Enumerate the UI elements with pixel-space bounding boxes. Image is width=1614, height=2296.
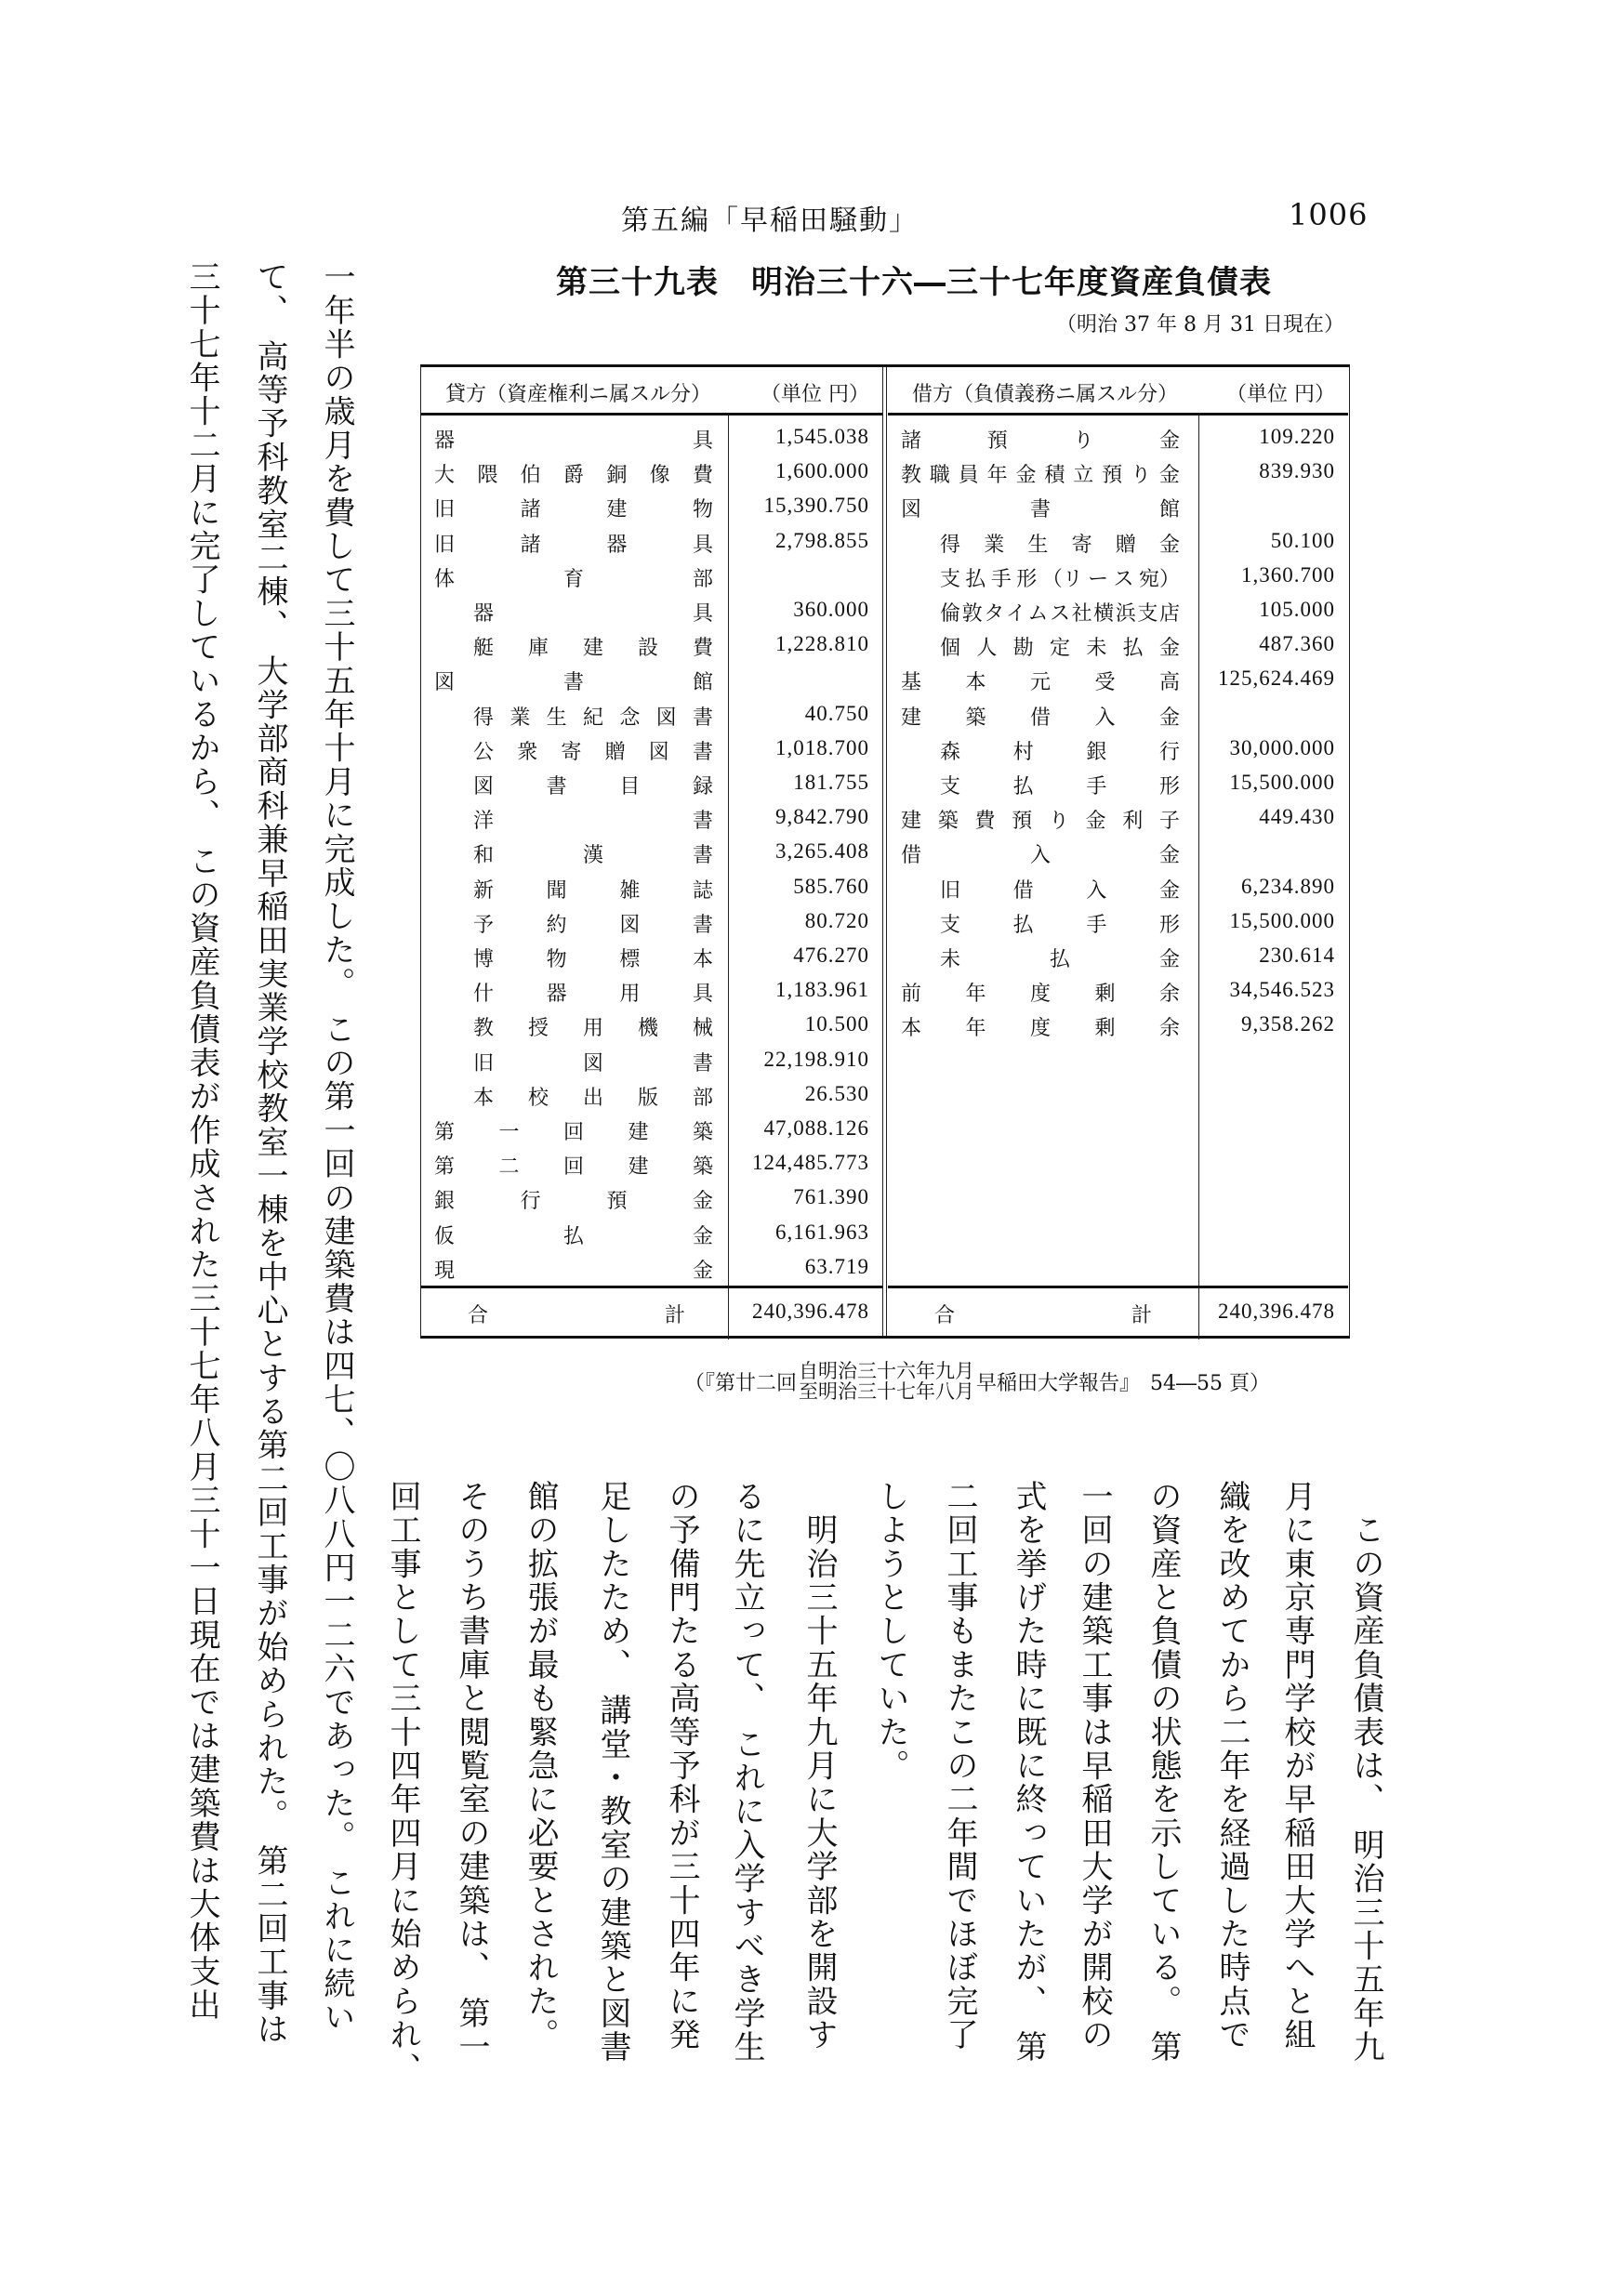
row-label-char: 築	[938, 805, 959, 833]
row-label-char: 金	[693, 1255, 713, 1283]
row-label-char: 建	[628, 1151, 648, 1179]
table-row: 公衆寄贈図書1,018.700	[421, 731, 882, 765]
row-label-char: 払	[965, 563, 986, 591]
table-row: 図書館	[421, 661, 882, 695]
assets-rows: 器具1,545.038大隈伯爵銅像費1,600.000旧諸建物15,390.75…	[421, 416, 882, 1289]
row-amount: 2,798.855	[775, 529, 869, 553]
row-label-char: 未	[1086, 632, 1106, 660]
row-label-char: 生	[1027, 529, 1048, 557]
table-row: 銀行預金761.390	[421, 1180, 882, 1214]
row-label-char: 高	[1159, 666, 1180, 694]
row-label: 支払手形	[940, 909, 1180, 937]
row-label-char: イ	[1006, 598, 1026, 626]
row-label-char: 物	[693, 494, 713, 521]
row-label-char: 教	[901, 459, 921, 487]
row-label-char: 建	[606, 494, 627, 521]
row-label-char: 校	[528, 1082, 549, 1110]
row-label: 本年度剰余	[901, 1012, 1180, 1040]
row-label: 建築借入金	[901, 702, 1180, 730]
row-label-char: 預	[1102, 459, 1122, 487]
table-row: 個人勘定未払金487.360	[888, 627, 1348, 661]
row-label-char: 授	[528, 1012, 549, 1040]
table-row: 未払金230.614	[888, 938, 1348, 972]
row-label-char: 本	[473, 1082, 494, 1110]
balance-sheet-table: 貸方（資産権利ニ属スル分） （単位 円） 器具1,545.038大隈伯爵銅像費1…	[420, 364, 1350, 1339]
row-label-char: 図	[583, 1048, 603, 1075]
table-row: 旧図書22,198.910	[421, 1042, 882, 1076]
row-label-char: 具	[693, 978, 713, 1006]
row-label-char: 行	[1159, 736, 1180, 764]
text-column: て、 高等予科教室二棟、 大学部商科兼早稲田実業学校教室一棟を中心とする第二回工…	[251, 260, 288, 2046]
row-label-char: 払	[1013, 909, 1034, 937]
row-label-char: 払	[563, 1221, 584, 1248]
row-label-char: 預	[987, 425, 1008, 453]
row-label-char: 銀	[1086, 736, 1106, 764]
row-label-char: 書	[693, 909, 713, 937]
row-label-char: 金	[693, 1221, 713, 1248]
row-label: 什器用具	[473, 978, 713, 1006]
row-amount: 63.719	[805, 1255, 869, 1279]
table-row: 現金63.719	[421, 1249, 882, 1284]
row-label-char: 誌	[693, 875, 713, 903]
row-label-char: 金	[1159, 702, 1180, 730]
row-label-char: 社	[1072, 598, 1092, 626]
row-label-char: 図	[473, 771, 494, 798]
row-label-char: 前	[901, 978, 921, 1006]
row-amount: 125,624.469	[1218, 666, 1335, 691]
row-label-char: 預	[1012, 805, 1032, 833]
row-label-char: 出	[583, 1082, 603, 1110]
row-label: 前年度剰余	[901, 978, 1180, 1006]
table-row: 得業生紀念図書40.750	[421, 696, 882, 731]
row-label: 体育部	[434, 563, 713, 591]
row-label-char: 支	[1137, 598, 1158, 626]
row-amount: 1,600.000	[775, 459, 869, 483]
row-label-char: 建	[901, 702, 921, 730]
row-label-char: 費	[974, 805, 995, 833]
row-amount: 6,234.890	[1241, 875, 1335, 899]
row-label-char: 教	[473, 1012, 494, 1040]
row-label-char: 器	[473, 598, 494, 626]
row-label-char: 図	[656, 702, 677, 730]
row-label-char: 払	[1013, 771, 1034, 798]
source-note: （『第廿二回 自明治三十六年九月 至明治三十七年八月 早稲田大学報告』 54―5…	[684, 1359, 1270, 1404]
row-label-char: 度	[1030, 1012, 1051, 1040]
row-label-char: 庫	[528, 632, 549, 660]
row-label-char: 和	[473, 839, 494, 867]
row-amount: 15,500.000	[1230, 771, 1336, 795]
table-row: 艇庫建設費1,228.810	[421, 627, 882, 661]
row-label-char: 版	[638, 1082, 658, 1110]
row-label-char: 人	[976, 632, 997, 660]
row-amount: 487.360	[1259, 632, 1335, 656]
table-row: 支払手形（リース宛）1,360.700	[888, 558, 1348, 592]
row-amount: 230.614	[1259, 943, 1335, 968]
row-label: 旧諸建物	[434, 494, 713, 521]
row-label-char: 録	[693, 771, 713, 798]
table-row: 教授用機械10.500	[421, 1007, 882, 1041]
row-label: 仮払金	[434, 1221, 713, 1248]
table-row: 教職員年金積立預り金839.930	[888, 454, 1348, 488]
row-label-char: 築	[693, 1151, 713, 1179]
row-label-char: 械	[693, 1012, 713, 1040]
table-row: 前年度剰余34,546.523	[888, 972, 1348, 1007]
row-label-char: 行	[521, 1185, 541, 1213]
row-label: 博物標本	[473, 943, 713, 971]
row-label-char: 館	[693, 666, 713, 694]
source-prefix: （『第廿二回	[684, 1367, 797, 1396]
row-label: 器具	[473, 598, 713, 626]
row-label-char: 書	[693, 805, 713, 833]
source-period-from: 自明治三十六年九月	[799, 1361, 974, 1381]
row-label: 第二回建築	[434, 1151, 713, 1179]
running-head: 第五編「早稲田騒動」	[621, 197, 919, 238]
row-label-char: 業	[984, 529, 1004, 557]
row-label-char: 銅	[606, 459, 627, 487]
row-label-char: 二	[498, 1151, 519, 1179]
liabilities-header-label: 借方（負債義務ニ属スル分）	[912, 378, 1178, 407]
row-label-char: 贈	[1116, 529, 1136, 557]
row-label-char: 築	[693, 1116, 713, 1144]
table-row: 旧諸器具2,798.855	[421, 523, 882, 558]
row-label-char: 得	[473, 702, 494, 730]
row-label-char: 図	[901, 494, 921, 521]
table-row: 建築借入金	[888, 696, 1348, 731]
assets-header-unit: （単位 円）	[761, 378, 869, 407]
row-label-char: 予	[473, 909, 494, 937]
row-label-char: 部	[693, 563, 713, 591]
row-label-char: 金	[1086, 805, 1106, 833]
row-label: 諸預り金	[901, 425, 1180, 453]
liabilities-total-row: 合 計 240,396.478	[888, 1286, 1348, 1336]
row-label-char: 書	[693, 702, 713, 730]
row-label-char: 現	[434, 1255, 455, 1283]
row-label-char: 金	[1159, 632, 1180, 660]
table-row: 本年度剰余9,358.262	[888, 1007, 1348, 1041]
row-label-char: 費	[693, 459, 713, 487]
row-amount: 10.500	[805, 1012, 869, 1036]
row-label-char: り	[1073, 425, 1093, 453]
row-label-char: 業	[509, 702, 530, 730]
row-label: 艇庫建設費	[473, 632, 713, 660]
row-label-char: 元	[1030, 666, 1051, 694]
row-label-char: 寄	[1072, 529, 1092, 557]
row-label-char: 金	[1159, 425, 1180, 453]
table-row: 和漢書3,265.408	[421, 834, 882, 868]
table-row: 基本元受高125,624.469	[888, 661, 1348, 695]
row-amount: 1,228.810	[775, 632, 869, 656]
row-label-char: 剰	[1094, 1012, 1115, 1040]
row-label-char: 定	[1050, 632, 1070, 660]
row-label-char: 体	[434, 563, 455, 591]
row-amount: 3,265.408	[775, 839, 869, 864]
row-amount: 585.760	[793, 875, 869, 899]
text-column: 回工事として三十四年四月に始められ、	[384, 1480, 421, 2086]
table-row: 器具1,545.038	[421, 419, 882, 454]
row-label: 図書館	[901, 494, 1180, 521]
row-label-char: 什	[473, 978, 494, 1006]
text-column: 一回の建築工事は早稲田大学が開校の	[1076, 1480, 1113, 2052]
assets-header-label: 貸方（資産権利ニ属スル分）	[445, 378, 711, 407]
row-label-char: 借	[1013, 875, 1034, 903]
assets-side: 貸方（資産権利ニ属スル分） （単位 円） 器具1,545.038大隈伯爵銅像費1…	[421, 367, 882, 1336]
table-row: 第一回建築47,088.126	[421, 1111, 882, 1145]
row-label-char: 設	[638, 632, 658, 660]
source-period-to: 至明治三十七年八月	[799, 1381, 974, 1402]
row-label-char: 用	[583, 1012, 603, 1040]
row-amount: 34,546.523	[1230, 978, 1336, 1002]
row-label-char: 剰	[1094, 978, 1115, 1006]
row-amount: 1,545.038	[775, 425, 869, 449]
row-label-char: 伯	[521, 459, 541, 487]
row-amount: 449.430	[1259, 805, 1335, 829]
text-column: しようとしていた。	[872, 1480, 909, 1783]
row-label: 借入金	[901, 839, 1180, 867]
table-row: 図書目録181.755	[421, 765, 882, 799]
row-label-char: 個	[940, 632, 960, 660]
row-label-char: 図	[649, 736, 669, 764]
row-label-char: 紀	[583, 702, 603, 730]
row-label-char: 入	[1086, 875, 1106, 903]
assets-header: 貸方（資産権利ニ属スル分） （単位 円）	[421, 367, 882, 416]
row-label-char: 預	[606, 1185, 627, 1213]
row-amount: 9,842.790	[775, 805, 869, 829]
row-label-char: 基	[901, 666, 921, 694]
row-label-char: 支	[940, 563, 960, 591]
row-label-char: 本	[965, 666, 986, 694]
row-label-char: り	[1131, 459, 1151, 487]
row-label-char: 度	[1030, 978, 1051, 1006]
text-column: の資産と負債の状態を示している。 第	[1144, 1480, 1182, 2064]
row-amount: 761.390	[793, 1185, 869, 1209]
row-label-char: 子	[1159, 805, 1180, 833]
row-label-char: 建	[901, 805, 921, 833]
row-label-char: 金	[1159, 459, 1180, 487]
row-amount: 1,018.700	[775, 736, 869, 760]
row-label-char: 第	[434, 1151, 455, 1179]
row-label-char: 機	[638, 1012, 658, 1040]
row-label-char: 払	[1050, 943, 1070, 971]
row-label-char: 員	[959, 459, 979, 487]
source-period: 自明治三十六年九月 至明治三十七年八月	[799, 1361, 974, 1402]
table-date-note: （明治 37 年 8 月 31 日現在）	[1056, 309, 1344, 337]
total-label-1: 合	[934, 1300, 955, 1328]
row-label-char: ス	[1114, 563, 1134, 591]
row-label-char: 年	[965, 978, 986, 1006]
row-label-char: 森	[940, 736, 960, 764]
row-label-char: 新	[473, 875, 494, 903]
row-label-char: 金	[1016, 459, 1037, 487]
row-label-char: 敦	[962, 598, 983, 626]
row-amount: 360.000	[793, 598, 869, 622]
table-row: 体育部	[421, 558, 882, 592]
row-amount: 80.720	[805, 909, 869, 933]
row-label-char: 金	[1159, 529, 1180, 557]
row-amount: 40.750	[805, 702, 869, 726]
row-label: 支払手形	[940, 771, 1180, 798]
table-row: 図書館	[888, 488, 1348, 522]
row-label-char: 借	[1030, 702, 1051, 730]
source-suffix: 早稲田大学報告』 54―55 頁）	[976, 1367, 1270, 1396]
row-amount: 50.100	[1271, 529, 1335, 553]
text-column: 足したため、 講堂・教室の建築と図書	[594, 1480, 631, 2064]
row-label-char: 爵	[563, 459, 584, 487]
table-row: 第二回建築124,485.773	[421, 1145, 882, 1180]
double-rule-divider	[882, 367, 887, 1336]
row-label-char: （リ	[1042, 563, 1083, 591]
row-label-char: 建	[628, 1116, 648, 1144]
text-column: 二回工事もまたこの二年間でほぼ完了	[941, 1480, 978, 2052]
row-label-char: ム	[1027, 598, 1048, 626]
row-amount: 30,000.000	[1230, 736, 1336, 760]
liabilities-header: 借方（負債義務ニ属スル分） （単位 円）	[888, 367, 1348, 416]
row-label-char: 聞	[547, 875, 567, 903]
row-label-char: 余	[1159, 978, 1180, 1006]
row-label: 本校出版部	[473, 1082, 713, 1110]
row-label-char: 隈	[477, 459, 497, 487]
row-label: 旧借入金	[940, 875, 1180, 903]
row-label: 個人勘定未払金	[940, 632, 1180, 660]
row-label-char: 旧	[434, 529, 455, 557]
row-label-char: 店	[1159, 598, 1180, 626]
row-label-char: 利	[1122, 805, 1143, 833]
row-label-char: 公	[473, 736, 494, 764]
row-label-char: 諸	[521, 494, 541, 521]
row-label-char: 払	[1123, 632, 1144, 660]
row-label-char: 本	[693, 943, 713, 971]
table-row: 建築費預り金利子449.430	[888, 799, 1348, 834]
row-label: 未払金	[940, 943, 1180, 971]
total-label-1: 合	[468, 1300, 488, 1328]
row-amount: 22,198.910	[764, 1048, 870, 1072]
row-label-char: 金	[1159, 875, 1180, 903]
text-column: 月に東京専門学校が早稲田大学へと組	[1278, 1480, 1316, 2052]
row-label-char: り	[1049, 805, 1069, 833]
row-label-char: 漢	[583, 839, 603, 867]
text-column: 館の拡張が最も緊急に必要とされた。	[522, 1480, 559, 2052]
row-label-char: 倫	[940, 598, 960, 626]
row-label: 基本元受高	[901, 666, 1180, 694]
row-label-char: 浜	[1116, 598, 1136, 626]
row-label: 大隈伯爵銅像費	[434, 459, 713, 487]
row-label-char: 年	[965, 1012, 986, 1040]
row-label-char: 書	[547, 771, 567, 798]
text-column: 式を挙げた時に既に終っていたが、 第	[1010, 1480, 1047, 2064]
row-amount: 1,360.700	[1241, 563, 1335, 587]
row-label: 倫敦タイムス社横浜支店	[940, 598, 1180, 626]
row-amount: 839.930	[1259, 459, 1335, 483]
table-row: 器具360.000	[421, 592, 882, 627]
row-label: 銀行預金	[434, 1185, 713, 1213]
row-label-char: 器	[547, 978, 567, 1006]
row-label: 図書館	[434, 666, 713, 694]
row-label-char: 像	[650, 459, 670, 487]
table-row: 借入金	[888, 834, 1348, 868]
row-amount: 6,161.963	[775, 1221, 869, 1245]
row-label-char: 念	[619, 702, 640, 730]
table-row: 倫敦タイムス社横浜支店105.000	[888, 592, 1348, 627]
table-row: 予約図書80.720	[421, 904, 882, 938]
row-label-char: 支	[940, 909, 960, 937]
row-label-char: 村	[1013, 736, 1034, 764]
total-label-2: 計	[1131, 1300, 1152, 1328]
row-label-char: 金	[693, 1185, 713, 1213]
row-label: 公衆寄贈図書	[473, 736, 713, 764]
row-label-char: 金	[1159, 839, 1180, 867]
row-label-char: 築	[965, 702, 986, 730]
text-column: 一年半の歳月を費して三十五年十月に完成した。 この第一回の建築費は四七、〇八八円…	[318, 260, 355, 2034]
row-label-char: 洋	[473, 805, 494, 833]
row-label-char: 器	[606, 529, 627, 557]
row-label-char: 大	[434, 459, 455, 487]
row-label-char: 勘	[1013, 632, 1034, 660]
row-label-char: 横	[1093, 598, 1114, 626]
table-row: 新聞雑誌585.760	[421, 869, 882, 904]
text-column: 明治三十五年九月に大学部を開設す	[800, 1480, 838, 2052]
row-label-char: 積	[1044, 459, 1065, 487]
row-label-char: 回	[563, 1151, 584, 1179]
row-label-char: 旧	[473, 1048, 494, 1075]
row-label-char: 標	[619, 943, 640, 971]
row-label-char: 書	[1030, 494, 1051, 521]
table-row: 支払手形15,500.000	[888, 765, 1348, 799]
table-row: 旧諸建物15,390.750	[421, 488, 882, 522]
text-column: 三十七年十二月に完了しているから、 この資産負債表が作成された三十七年八月三十一…	[183, 260, 220, 2022]
table-row: 旧借入金6,234.890	[888, 869, 1348, 904]
row-label: 洋書	[473, 805, 713, 833]
row-label: 得業生寄贈金	[940, 529, 1180, 557]
row-label-char: 受	[1094, 666, 1115, 694]
row-label-char: 物	[547, 943, 567, 971]
row-label-char: 金	[1159, 943, 1180, 971]
row-label-char: 費	[693, 632, 713, 660]
row-label-char: 衆	[517, 736, 537, 764]
row-label-char: 具	[693, 425, 713, 453]
table-row: 森村銀行30,000.000	[888, 731, 1348, 765]
table-row: 仮払金6,161.963	[421, 1215, 882, 1249]
row-amount: 181.755	[793, 771, 869, 795]
row-amount: 47,088.126	[764, 1116, 870, 1141]
row-label-char: 借	[901, 839, 921, 867]
row-label-char: 立	[1073, 459, 1093, 487]
liabilities-header-unit: （単位 円）	[1226, 378, 1335, 407]
row-label-char: 手	[991, 563, 1012, 591]
row-amount: 109.220	[1259, 425, 1335, 449]
row-label-char: 諸	[521, 529, 541, 557]
row-label-char: 書	[693, 1048, 713, 1075]
row-label: 得業生紀念図書	[473, 702, 713, 730]
row-amount: 1,183.961	[775, 978, 869, 1002]
row-label: 支払手形（リース宛）	[940, 563, 1180, 591]
row-label: 旧諸器具	[434, 529, 713, 557]
text-column: 織を改めてから二年を経過した時点で	[1213, 1480, 1250, 2052]
row-label-char: 本	[901, 1012, 921, 1040]
page-number: 1006	[1289, 197, 1368, 232]
row-amount: 476.270	[793, 943, 869, 968]
row-label-char: 育	[563, 563, 584, 591]
row-label-char: 贈	[605, 736, 626, 764]
table-title: 第三十九表 明治三十六―三十七年度資産負債表	[556, 257, 1272, 302]
table-row: 什器用具1,183.961	[421, 972, 882, 1007]
row-label-char: 建	[583, 632, 603, 660]
row-label: 図書目録	[473, 771, 713, 798]
row-label-char: 艇	[473, 632, 494, 660]
row-label-char: 余	[1159, 1012, 1180, 1040]
row-label-char: 旧	[434, 494, 455, 521]
table-row: 支払手形15,500.000	[888, 904, 1348, 938]
row-label-char: 旧	[940, 875, 960, 903]
row-label-char: 形	[1016, 563, 1037, 591]
